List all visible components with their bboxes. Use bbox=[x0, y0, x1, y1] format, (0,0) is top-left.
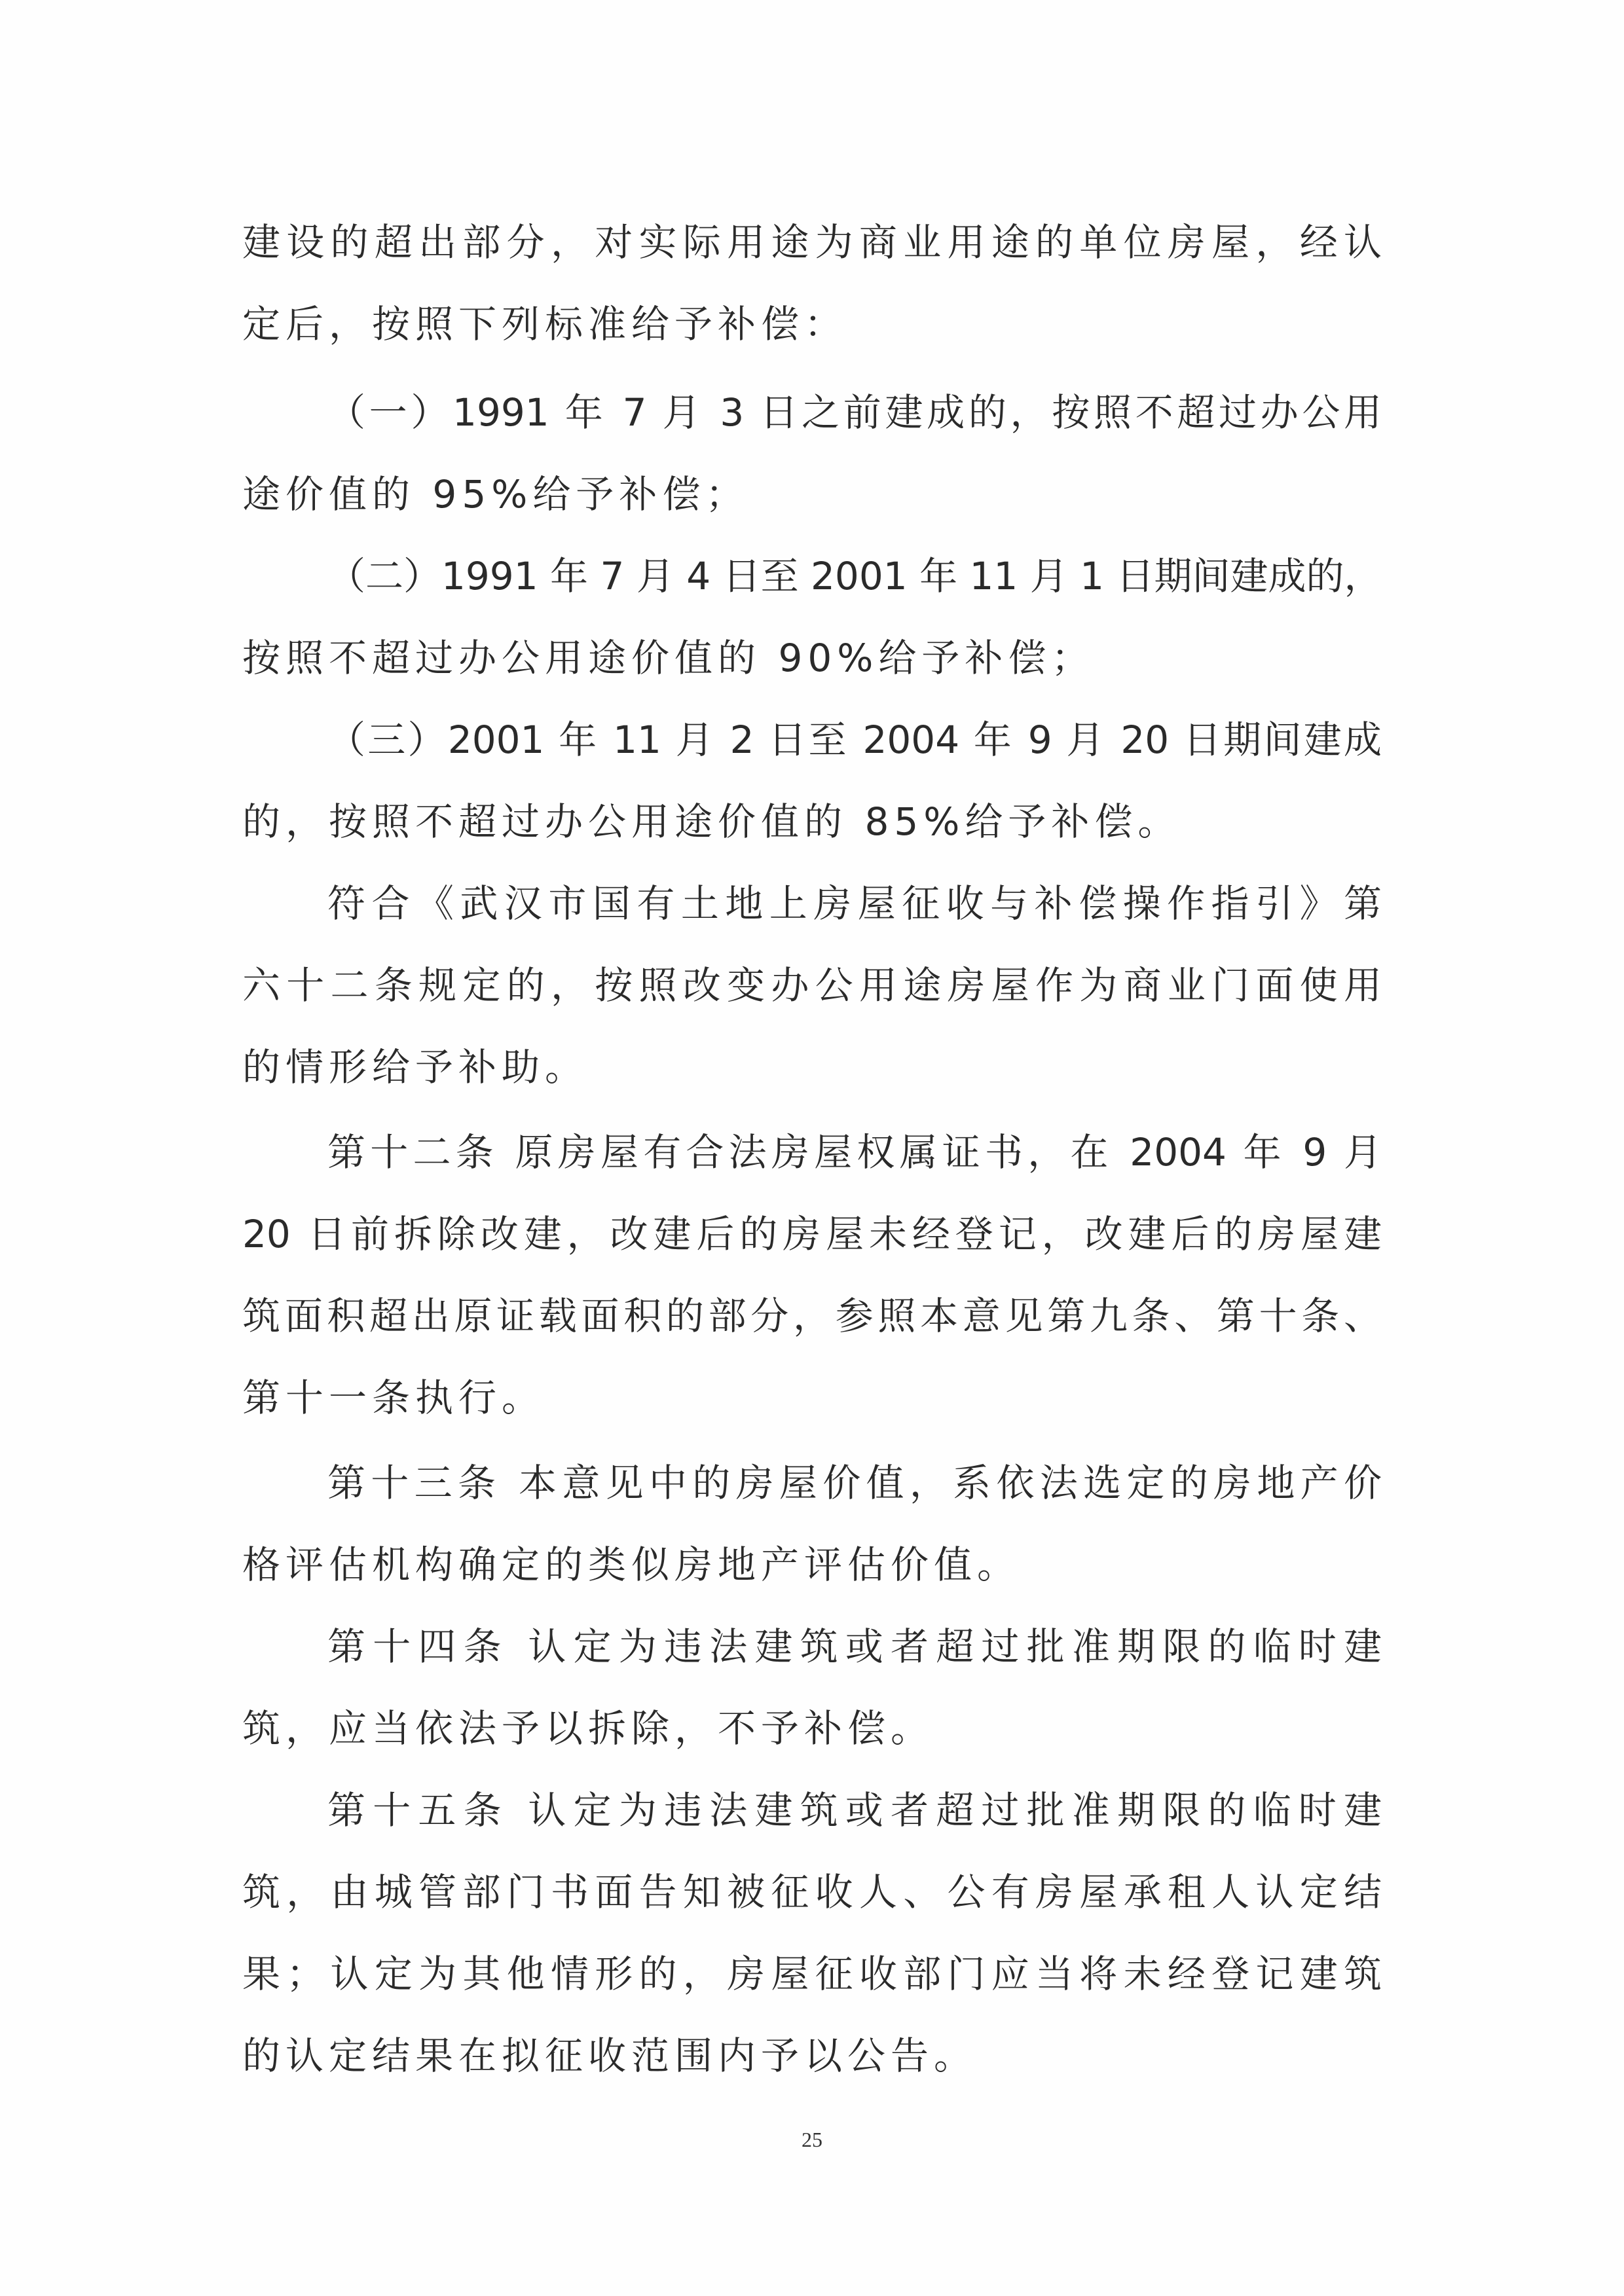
text-line: 果；认定为其他情形的，房屋征收部门应当将未经登记建筑 bbox=[242, 1948, 1382, 2000]
text-line: 的，按照不超过办公用途价值的 85%给予补偿。 bbox=[242, 795, 1382, 848]
text-line: 筑，应当依法予以拆除，不予补偿。 bbox=[242, 1702, 1382, 1755]
clause-item-1: （一）1991 年 7 月 3 日之前建成的，按照不超过办公用 bbox=[327, 386, 1382, 439]
text-line: 六十二条规定的，按照改变办公用途房屋作为商业门面使用 bbox=[242, 959, 1382, 1011]
text-line: 的情形给予补助。 bbox=[242, 1041, 1382, 1093]
document-page: 建设的超出部分，对实际用途为商业用途的单位房屋，经认 定后，按照下列标准给予补偿… bbox=[0, 0, 1624, 2296]
text-line: 第十一条执行。 bbox=[242, 1372, 1382, 1424]
text-line: 格评估机构确定的类似房地产评估价值。 bbox=[242, 1539, 1382, 1591]
text-line: 筑，由城管部门书面告知被征收人、公有房屋承租人认定结 bbox=[242, 1866, 1382, 1918]
article-14: 第十四条 认定为违法建筑或者超过批准期限的临时建 bbox=[327, 1620, 1382, 1673]
clause-item-3: （三）2001 年 11 月 2 日至 2004 年 9 月 20 日期间建成 bbox=[327, 714, 1382, 766]
text-line: 途价值的 95%给予补偿； bbox=[242, 468, 1382, 520]
article-15: 第十五条 认定为违法建筑或者超过批准期限的临时建 bbox=[327, 1784, 1382, 1836]
text-line: 定后，按照下列标准给予补偿： bbox=[242, 298, 1382, 350]
text-line: 筑面积超出原证载面积的部分，参照本意见第九条、第十条、 bbox=[242, 1290, 1382, 1342]
text-line: 按照不超过办公用途价值的 90%给予补偿； bbox=[242, 632, 1382, 684]
article-12: 第十二条 原房屋有合法房屋权属证书，在 2004 年 9 月 bbox=[327, 1126, 1382, 1178]
text-line: 的认定结果在拟征收范围内予以公告。 bbox=[242, 2030, 1382, 2082]
text-line: 建设的超出部分，对实际用途为商业用途的单位房屋，经认 bbox=[242, 216, 1382, 268]
article-13: 第十三条 本意见中的房屋价值，系依法选定的房地产价 bbox=[327, 1457, 1382, 1509]
clause-item-2: （二）1991 年 7 月 4 日至 2001 年 11 月 1 日期间建成的， bbox=[327, 550, 1382, 602]
text-line: 20 日前拆除改建，改建后的房屋未经登记，改建后的房屋建 bbox=[242, 1208, 1382, 1260]
page-number: 25 bbox=[0, 2128, 1624, 2152]
paragraph-reference: 符合《武汉市国有土地上房屋征收与补偿操作指引》第 bbox=[327, 877, 1382, 930]
